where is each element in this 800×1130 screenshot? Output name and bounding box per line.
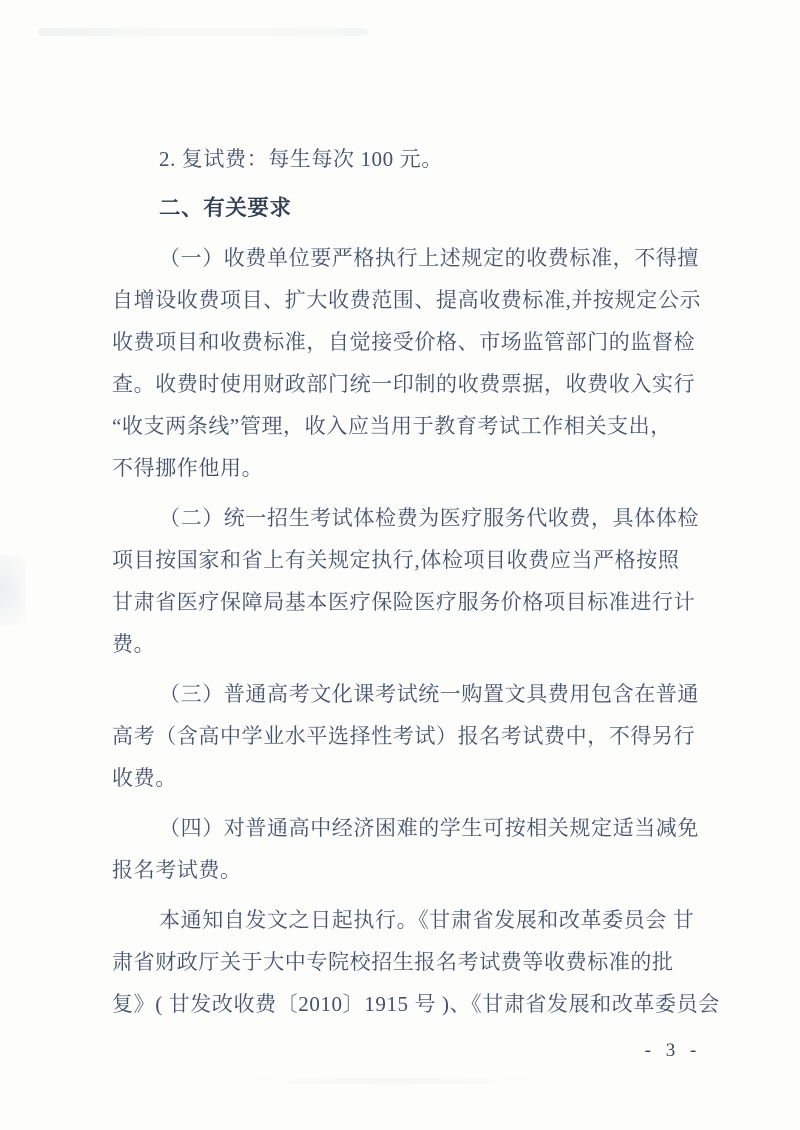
paragraph-5: 本通知自发文之日起执行。《甘肃省发展和改革委员会 甘 肃省财政厅关于大中专院校招…: [112, 899, 696, 1025]
numbered-item-fushifei: 2. 复试费：每生每次 100 元。: [112, 138, 696, 180]
paragraph-2-line-4: 费。: [112, 623, 696, 665]
paragraph-3: （三）普通高考文化课考试统一购置文具费用包含在普通 高考（含高中学业水平选择性考…: [112, 673, 696, 799]
paragraph-4: （四）对普通高中经济困难的学生可按相关规定适当减免 报名考试费。: [112, 807, 696, 891]
scan-artifact-top: [38, 28, 368, 36]
paragraph-2-line-1: （二）统一招生考试体检费为医疗服务代收费，具体体检: [112, 497, 696, 539]
paragraph-1-line-2: 自增设收费项目、扩大收费范围、提高收费标准,并按规定公示: [112, 279, 696, 321]
document-body: 2. 复试费：每生每次 100 元。 二、有关要求 （一）收费单位要严格执行上述…: [112, 138, 696, 1025]
scan-artifact-left-edge: [0, 555, 26, 625]
paragraph-2-line-2: 项目按国家和省上有关规定执行,体检项目收费应当严格按照: [112, 539, 696, 581]
paragraph-1-line-6: 不得挪作他用。: [112, 447, 696, 489]
paragraph-3-line-1: （三）普通高考文化课考试统一购置文具费用包含在普通: [112, 673, 696, 715]
paragraph-5-line-1: 本通知自发文之日起执行。《甘肃省发展和改革委员会 甘: [112, 899, 696, 941]
scanned-document-page: 2. 复试费：每生每次 100 元。 二、有关要求 （一）收费单位要严格执行上述…: [0, 0, 800, 1130]
paragraph-1: （一）收费单位要严格执行上述规定的收费标准，不得擅 自增设收费项目、扩大收费范围…: [112, 237, 696, 489]
paragraph-2-line-3: 甘肃省医疗保障局基本医疗保险医疗服务价格项目标准进行计: [112, 581, 696, 623]
paragraph-3-line-3: 收费。: [112, 757, 696, 799]
paragraph-4-line-1: （四）对普通高中经济困难的学生可按相关规定适当减免: [112, 807, 696, 849]
page-number: - 3 -: [628, 1040, 718, 1062]
section-heading-requirements: 二、有关要求: [112, 187, 696, 229]
paragraph-1-line-5: “收支两条线”管理，收入应当用于教育考试工作相关支出，: [112, 405, 696, 447]
paragraph-4-line-2: 报名考试费。: [112, 849, 696, 891]
scan-artifact-bottom: [240, 1078, 540, 1084]
paragraph-5-line-3: 复》( 甘发改收费〔2010〕1915 号 )、《甘肃省发展和改革委员会: [112, 983, 696, 1025]
paragraph-2: （二）统一招生考试体检费为医疗服务代收费，具体体检 项目按国家和省上有关规定执行…: [112, 497, 696, 665]
paragraph-1-line-4: 查。收费时使用财政部门统一印制的收费票据，收费收入实行: [112, 363, 696, 405]
paragraph-1-line-3: 收费项目和收费标准，自觉接受价格、市场监管部门的监督检: [112, 321, 696, 363]
paragraph-3-line-2: 高考（含高中学业水平选择性考试）报名考试费中，不得另行: [112, 715, 696, 757]
paragraph-5-line-2: 肃省财政厅关于大中专院校招生报名考试费等收费标准的批: [112, 941, 696, 983]
paragraph-1-line-1: （一）收费单位要严格执行上述规定的收费标准，不得擅: [112, 237, 696, 279]
